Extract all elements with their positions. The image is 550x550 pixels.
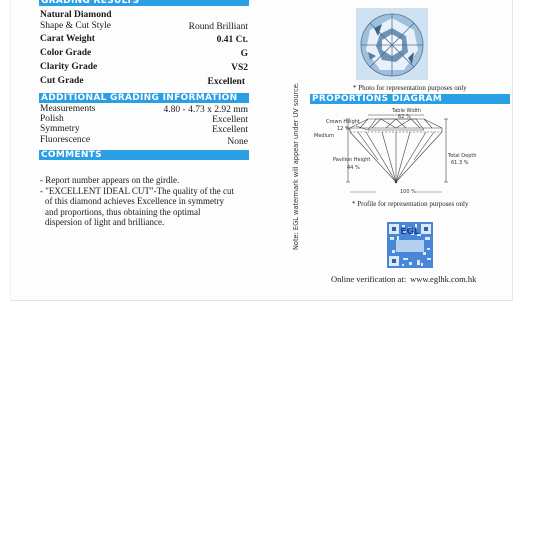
crown-height-label: Crown Height bbox=[326, 119, 360, 125]
total-depth-value: 61.3 % bbox=[451, 160, 468, 166]
profile-caption: * Profile for representation purposes on… bbox=[352, 200, 468, 208]
grading-results-header: GRADING RESULTS bbox=[39, 0, 249, 6]
value: 0.41 Ct. bbox=[217, 35, 248, 46]
girdle-label: Medium bbox=[314, 133, 334, 139]
proportions-header: PROPORTIONS DIAGRAM bbox=[310, 94, 510, 104]
comments-body: - Report number appears on the girdle. -… bbox=[40, 175, 250, 228]
comment-line: dispersion of light and brilliance. bbox=[40, 217, 250, 228]
label: Fluorescence bbox=[40, 135, 90, 146]
diamond-photo-icon bbox=[356, 8, 428, 80]
pavilion-height-value: 44 % bbox=[347, 165, 360, 171]
value: Excellent bbox=[208, 77, 245, 88]
online-verification: Online verification at:www.eglhk.com.hk bbox=[331, 274, 476, 284]
table-width-value: 62 % bbox=[398, 114, 411, 120]
additional-info-header: ADDITIONAL GRADING INFORMATION bbox=[39, 93, 249, 103]
title-text: Natural Diamond bbox=[40, 10, 112, 21]
photo-caption: * Photo for representation purposes only bbox=[353, 84, 467, 92]
diameter-value: 100 % bbox=[400, 189, 416, 195]
card-edge bbox=[512, 0, 513, 300]
qr-egl-label: EGL bbox=[396, 227, 424, 237]
value: Excellent bbox=[212, 125, 248, 136]
comment-line: - "EXCELLENT IDEAL CUT"-The quality of t… bbox=[40, 186, 250, 197]
label: Shape & Cut Style bbox=[40, 21, 111, 32]
label: Clarity Grade bbox=[40, 62, 97, 73]
pavilion-height-label: Pavilion Height bbox=[333, 157, 370, 163]
comments-header: COMMENTS bbox=[39, 150, 249, 160]
crown-height-value: 12 % bbox=[337, 126, 350, 132]
uv-watermark-note: Note: EGL watermark will appear under UV… bbox=[292, 82, 300, 250]
label: Cut Grade bbox=[40, 76, 84, 87]
total-depth-label: Total Depth bbox=[448, 153, 477, 159]
label: Carat Weight bbox=[40, 34, 95, 45]
comment-line: and proportions, thus obtaining the opti… bbox=[40, 207, 250, 218]
label: Color Grade bbox=[40, 48, 91, 59]
value: VS2 bbox=[231, 63, 248, 74]
comment-line: of this diamond achieves Excellence in s… bbox=[40, 196, 250, 207]
value: G bbox=[241, 49, 248, 60]
value: None bbox=[227, 137, 248, 148]
label: Symmetry bbox=[40, 124, 80, 135]
value: Round Brilliant bbox=[189, 22, 248, 33]
verification-label: Online verification at: bbox=[331, 274, 406, 284]
verification-url-link[interactable]: www.eglhk.com.hk bbox=[410, 274, 476, 284]
comment-line: - Report number appears on the girdle. bbox=[40, 175, 250, 186]
